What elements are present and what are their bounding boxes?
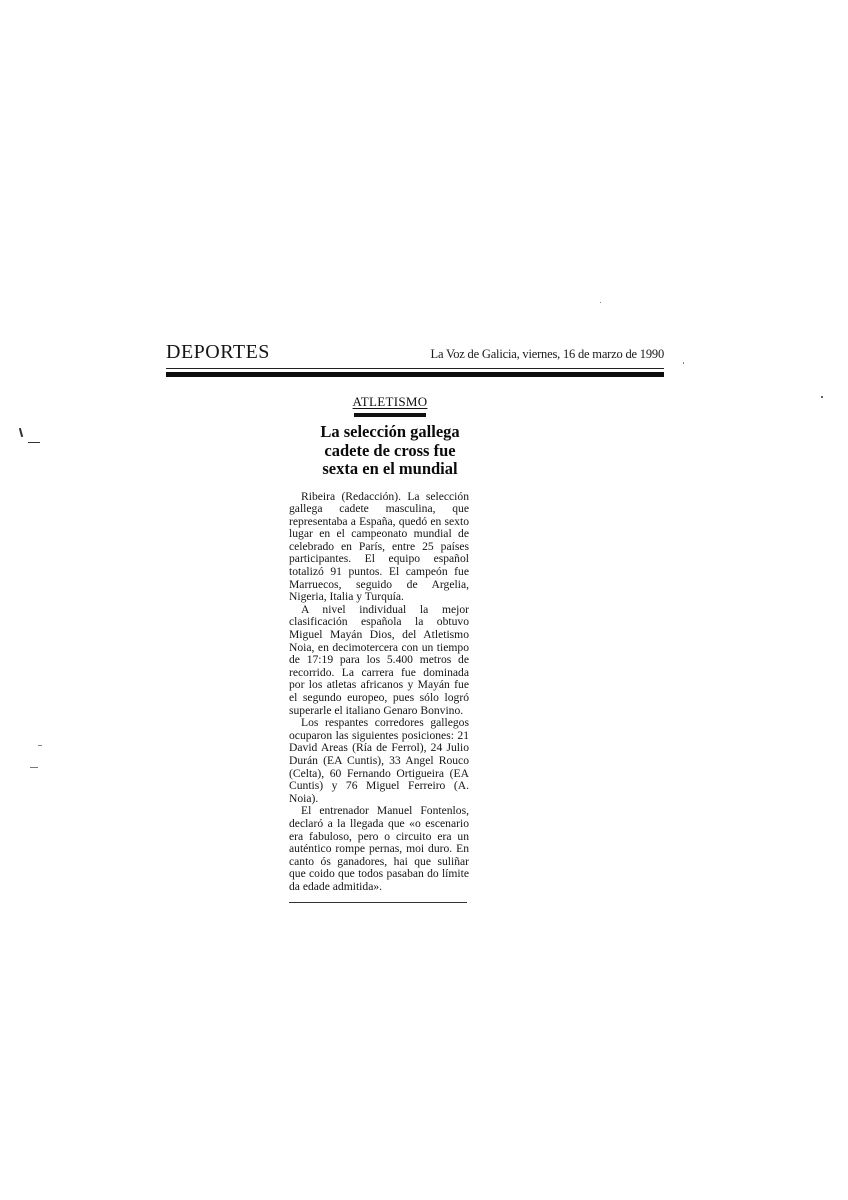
article-kicker: ATLETISMO: [353, 394, 428, 410]
scan-mark: [600, 302, 601, 303]
page-header: DEPORTES La Voz de Galicia, viernes, 16 …: [166, 340, 664, 364]
paragraph: Ribeira (Redacción). La selección galleg…: [289, 491, 469, 604]
section-title: DEPORTES: [166, 340, 270, 364]
scan-mark: [28, 442, 40, 443]
scan-mark: [821, 396, 823, 398]
scan-mark: [30, 767, 38, 768]
scan-mark: [19, 428, 23, 437]
dateline: La Voz de Galicia, viernes, 16 de marzo …: [431, 346, 664, 362]
paragraph: Los respantes corredores gallegos ocupar…: [289, 717, 469, 805]
paragraph: El entrenador Manuel Fontenlos, declaró …: [289, 805, 469, 893]
article-end-rule: [289, 902, 467, 903]
header-rule-thick: [166, 372, 664, 377]
header-rule-thin: [166, 368, 664, 369]
scan-mark: [38, 745, 42, 746]
article-body: Ribeira (Redacción). La selección galleg…: [289, 491, 469, 894]
article-headline: La selección gallega cadete de cross fue…: [289, 423, 469, 479]
paragraph: A nivel individual la mejor clasificació…: [289, 604, 469, 717]
article: ATLETISMO La selección gallega cadete de…: [289, 393, 469, 903]
scan-mark: [683, 362, 684, 364]
kicker-block: ATLETISMO: [289, 393, 469, 417]
kicker-underline-bar: [354, 413, 426, 417]
